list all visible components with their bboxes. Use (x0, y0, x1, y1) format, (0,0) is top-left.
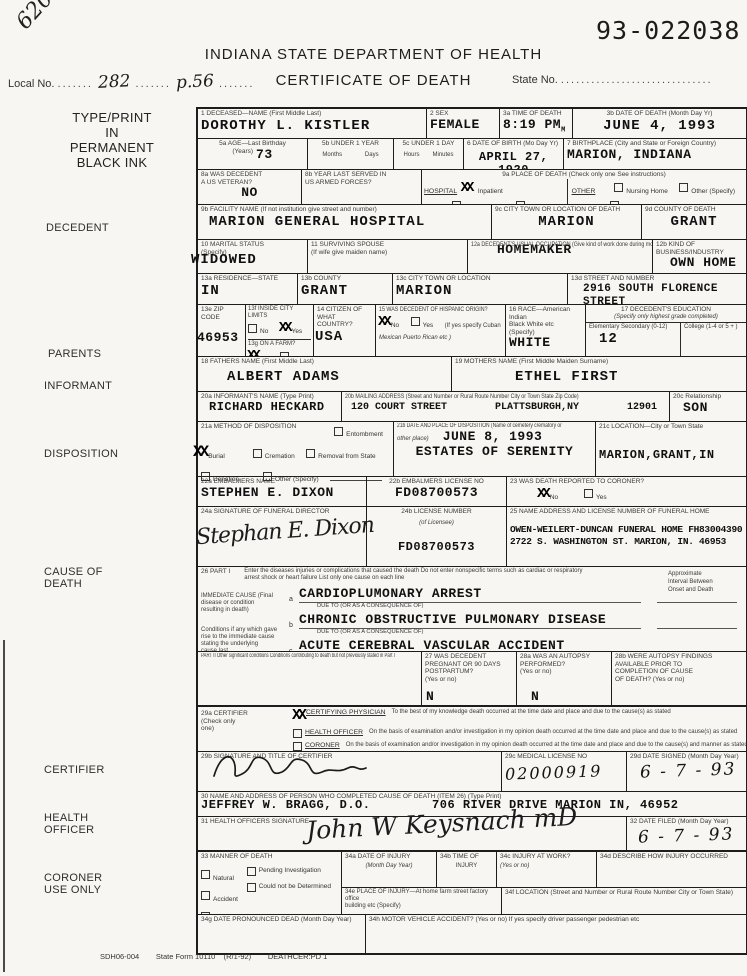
method-of-disposition-label: 21a METHOD OF DISPOSITION (201, 423, 296, 431)
citizenship-label: 14 CITIZEN OF WHAT COUNTRY? (317, 306, 372, 329)
mailing-address-label: 20b MAILING ADDRESS (Street and Number o… (345, 393, 579, 401)
city-of-death-field: 9c CITY TOWN OR LOCATION OF DEATH MARION (492, 205, 642, 239)
date-of-death-value: JUNE 4, 1993 (576, 118, 743, 135)
nursing-home-option: Nursing Home (626, 188, 668, 195)
autopsy-label: 28a WAS AN AUTOPSY PERFORMED? (Yes or no… (520, 653, 608, 676)
hispanic-no-mark: XX (378, 314, 389, 330)
place-of-death-label: 9a PLACE OF DEATH (Check only one See in… (422, 171, 746, 179)
autopsy-findings-label: 28b WERE AUTOPSY FINDINGS AVAILABLE PRIO… (615, 653, 743, 683)
date-of-death-field: 3b DATE OF DEATH (Month Day Yr) JUNE 4, … (573, 109, 746, 138)
city-of-death-value: MARION (495, 214, 638, 231)
manner-of-death-label: 33 MANNER OF DEATH (201, 853, 338, 861)
cremation-option: Cremation (265, 453, 295, 460)
form-row: 1 DECEASED—NAME (First Middle Last) DORO… (198, 109, 746, 139)
injury-location-field: 34f LOCATION (Street and Number or Rural… (502, 888, 746, 914)
autopsy-field: 28a WAS AN AUTOPSY PERFORMED? (Yes or no… (517, 652, 612, 705)
disposition-date-place-label: 21b DATE AND PLACE OF DISPOSITION (Name … (397, 423, 562, 430)
form-number-footer: SDH06-004 State Form 10110 (R/1-92) DEAT… (100, 952, 327, 961)
city-limits-no-option: No (260, 328, 268, 335)
city-limits-yes-option: Yes (292, 328, 303, 335)
date-pronounced-dead-label: 34g DATE PRONOUNCED DEAD (Month Day Year… (201, 916, 362, 924)
interval-blank-a (657, 602, 737, 603)
health-officer-signature-field: 31 HEALTH OFFICERS SIGNATURE John W Keys… (198, 817, 627, 850)
medical-license-value: 02000919 (505, 761, 603, 783)
nursing-home-checkbox[interactable] (614, 183, 623, 192)
part2-label: PART II Other significant conditions Con… (201, 653, 395, 660)
manner-of-death-field: 33 MANNER OF DEATH Natural Accident Suic… (198, 852, 342, 914)
margin-label-parents: PARENTS (48, 348, 101, 360)
birthplace-field: 7 BIRTHPLACE (City and State or Foreign … (564, 139, 746, 169)
margin-label-type-print: TYPE/PRINT IN PERMANENT BLACK INK (36, 110, 188, 170)
local-no-value: 282 (98, 71, 131, 93)
informant-name-value: RICHARD HECKARD (209, 401, 338, 414)
margin-label-disposition: DISPOSITION (44, 448, 118, 460)
inpatient-option: Inpatient (478, 188, 503, 195)
funeral-home-name-value: OWEN-WEILERT-DUNCAN FUNERAL HOME FH83004… (510, 524, 743, 536)
inpatient-check-mark: XX (461, 180, 472, 196)
disposition-location-label: 21c LOCATION—City or Town State (599, 423, 743, 431)
fathers-name-field: 18 FATHERS NAME (First Middle Last) ALBE… (198, 357, 452, 391)
street-number-label: 13d STREET AND NUMBER (571, 275, 743, 283)
funeral-home-label: 25 NAME ADDRESS AND LICENSE NUMBER OF FU… (510, 508, 743, 516)
form-row: 29b SIGNATURE AND TITLE OF CERTIFIER 29c… (198, 752, 746, 792)
state-no-dot-leader: .............................. (561, 74, 713, 86)
injury-at-work-field: 34c INJURY AT WORK? (Yes or no) (497, 852, 597, 887)
under-1-day-label: 5c UNDER 1 DAY (397, 140, 460, 148)
business-industry-label: 12b KIND OF BUSINESS/INDUSTRY (656, 241, 743, 256)
accident-checkbox[interactable] (201, 891, 210, 900)
education-sublabel: (Specify only highest grade completed) (586, 314, 746, 321)
county-of-death-field: 9d COUNTY OF DEATH GRANT (642, 205, 746, 239)
date-signed-value: 6 - 7 - 93 (640, 759, 737, 782)
embalmer-name-value: STEPHEN E. DIXON (201, 486, 363, 499)
residence-county-label: 13b COUNTY (301, 275, 389, 283)
hispanic-note: (If yes specify Cuban (445, 323, 501, 329)
hospital-group: HOSPITAL XX Inpatient ER/Outpatient DOA (422, 179, 567, 205)
date-of-birth-value: APRIL 27, 1920 (467, 151, 560, 170)
residence-state-label: 13a RESIDENCE—STATE (201, 275, 294, 283)
time-of-death-field: 3a TIME OF DEATH 8:19 PMM (500, 109, 573, 138)
form-row: 33 MANNER OF DEATH Natural Accident Suic… (198, 852, 746, 915)
date-of-birth-field: 6 DATE OF BIRTH (Mo Day Yr) APRIL 27, 19… (464, 139, 564, 169)
cause-line-c: c ACUTE CEREBRAL VASCULAR ACCIDENT (289, 636, 743, 651)
certifying-physician-row: XX CERTIFYING PHYSICIAN To the best of m… (293, 709, 746, 726)
embalmer-license-field: 22b EMBALMERS LICENSE NO FD08700573 (367, 477, 507, 506)
veteran-value: NO (201, 186, 298, 199)
other-specify-checkbox[interactable] (679, 183, 688, 192)
coroner-yes-option: Yes (596, 494, 607, 501)
form-row: 31 HEALTH OFFICERS SIGNATURE John W Keys… (198, 817, 746, 852)
fathers-name-value: ALBERT ADAMS (227, 369, 448, 386)
age-sublabel: (Years) (232, 148, 253, 156)
health-officer-text: On the basis of examination and/or inves… (369, 729, 737, 735)
page-title: INDIANA STATE DEPARTMENT OF HEALTH (0, 46, 747, 63)
race-value: WHITE (509, 336, 582, 349)
burial-option: Burial (208, 453, 225, 460)
hispanic-note-2: Mexican Puerto Rican etc ) (379, 335, 502, 342)
under-1-day-field: 5c UNDER 1 DAY Hours Minutes (394, 139, 464, 169)
local-no-value-2: p.56 (176, 71, 215, 93)
elementary-secondary-label: Elementary Secondary (0-12) (589, 324, 677, 331)
form-row: 34g DATE PRONOUNCED DEAD (Month Day Year… (198, 915, 746, 953)
immediate-cause-note: IMMEDIATE CAUSE (Final disease or condit… (201, 593, 287, 614)
health-officer-name: HEALTH OFFICER (305, 729, 363, 736)
injury-location-label: 34f LOCATION (Street and Number or Rural… (505, 889, 743, 897)
city-limits-no-checkbox[interactable] (248, 324, 257, 333)
deceased-name-label: 1 DECEASED—NAME (First Middle Last) (201, 110, 423, 118)
date-of-injury-field: 34a DATE OF INJURY (Month Day Year) (342, 852, 437, 887)
hispanic-origin-field: 15 WAS DECEDENT OF HISPANIC ORIGIN? XXNo… (376, 305, 506, 356)
pregnant-label: 27 WAS DECEDENT PREGNANT OR 90 DAYS POST… (425, 653, 513, 683)
days-label: Days (365, 152, 379, 159)
inside-city-limits-group: 13f INSIDE CITY LIMITS No XXYes (248, 306, 311, 338)
date-of-injury-sublabel: (Month Day Year) (345, 863, 433, 870)
cause-letter-a: a (289, 596, 299, 603)
race-field: 16 RACE—American Indian Black White etc … (506, 305, 586, 356)
doa-checkbox[interactable] (516, 201, 525, 204)
age-value: 73 (256, 148, 273, 161)
hispanic-yes-checkbox[interactable] (411, 317, 420, 326)
citizenship-value: USA (315, 329, 372, 346)
corner-handwriting: 620 (12, 0, 59, 34)
certificate-stamp-number: 93-022038 (596, 16, 740, 45)
under-1-year-field: 5b UNDER 1 YEAR Months Days (308, 139, 394, 169)
date-signed-field: 29d DATE SIGNED (Month Day Year) 6 - 7 -… (627, 752, 746, 791)
zip-code-value: 46953 (197, 331, 242, 344)
race-label: 16 RACE—American Indian Black White etc … (509, 306, 582, 336)
certifier-signature-glyph (206, 748, 376, 784)
relationship-value: SON (683, 401, 743, 414)
birthplace-value: MARION, INDIANA (567, 148, 743, 161)
form-row: 22a EMBALMERS NAME STEPHEN E. DIXON 22b … (198, 477, 746, 507)
form-row: 21a METHOD OF DISPOSITION Entombment XXB… (198, 422, 746, 477)
method-of-disposition-field: 21a METHOD OF DISPOSITION Entombment XXB… (198, 422, 394, 476)
margin-label-decedent: DECEDENT (46, 222, 109, 234)
time-of-death-value: 8:19 PMM (503, 118, 569, 138)
sex-value: FEMALE (430, 118, 496, 131)
interval-blank-b (657, 628, 737, 629)
residence-city-field: 13c CITY TOWN OR LOCATION MARION (393, 274, 568, 304)
burial-mark: XX (193, 443, 206, 461)
disposition-location-field: 21c LOCATION—City or Town State MARION,G… (596, 422, 746, 476)
occupation-field: 12a DECEDENT'S USUAL OCCUPATION (Give ki… (468, 240, 653, 273)
education-label: 17 DECEDENT'S EDUCATION (586, 306, 746, 314)
form-row: 5a AGE—Last Birthday (Years) 73 5b UNDER… (198, 139, 746, 170)
form-row: 13e ZIP CODE 46953 13f INSIDE CITY LIMIT… (198, 305, 746, 357)
form-row: 13a RESIDENCE—STATE IN 13b COUNTY GRANT … (198, 274, 746, 305)
marital-status-field: 10 MARITAL STATUS (Specify) WIDOWED (198, 240, 308, 273)
natural-option: Natural (213, 875, 234, 882)
hispanic-no-option: No (391, 322, 399, 329)
margin-label-certifier: CERTIFIER (44, 764, 105, 776)
pregnant-value: N (426, 690, 434, 703)
other-group: OTHER Nursing Home Other (Specify) Resid… (567, 179, 746, 205)
er-outpatient-checkbox[interactable] (452, 201, 461, 204)
scan-edge-artifact (3, 640, 5, 972)
time-of-injury-label: 34b TIME OF (440, 853, 493, 861)
cause-c-value: ACUTE CEREBRAL VASCULAR ACCIDENT (299, 638, 565, 651)
cause-a-value: CARDIOPLUMONARY ARREST (299, 586, 482, 601)
hospital-group-label: HOSPITAL (424, 188, 457, 195)
residence-county-field: 13b COUNTY GRANT (298, 274, 393, 304)
dot-leader: ....... (58, 78, 93, 90)
embalmer-license-value: FD08700573 (370, 486, 503, 499)
place-of-injury-field: 34e PLACE OF INJURY—At home farm street … (342, 888, 502, 914)
health-officer-checkbox[interactable] (293, 729, 302, 738)
motor-vehicle-accident-label: 34h MOTOR VEHICLE ACCIDENT? (Yes or no) … (369, 916, 743, 924)
age-label: 5a AGE—Last Birthday (201, 140, 304, 148)
natural-checkbox[interactable] (201, 870, 210, 879)
zip-code-label: 13e ZIP CODE (201, 306, 242, 321)
injury-at-work-label: 34c INJURY AT WORK? (500, 853, 593, 861)
farm-yes-checkbox[interactable] (280, 352, 289, 356)
date-of-death-label: 3b DATE OF DEATH (Month Day Yr) (576, 110, 743, 118)
part1-instructions: Enter the diseases injuries or complicat… (244, 568, 582, 582)
hispanic-yes-option: Yes (423, 322, 434, 329)
funeral-director-signature-field: 24a SIGNATURE OF FUNERAL DIRECTOR Stepha… (198, 507, 367, 566)
residence-county-value: GRANT (301, 283, 389, 300)
disposition-date-place-label-2: other place) (397, 436, 429, 443)
facility-name-value: MARION GENERAL HOSPITAL (209, 214, 488, 231)
conditions-note: Conditions if any which gave rise to the… (201, 627, 287, 651)
form-row: 29a CERTIFIER (Check only one) XX CERTIF… (198, 707, 746, 752)
residence-city-value: MARION (396, 283, 564, 300)
months-label: Months (322, 152, 342, 159)
state-no: State No. .............................. (512, 74, 713, 86)
reported-to-coroner-field: 23 WAS DEATH REPORTED TO CORONER? XXNo Y… (507, 477, 746, 506)
date-of-birth-label: 6 DATE OF BIRTH (Mo Day Yr) (467, 140, 560, 148)
cause-letter-c: c (289, 648, 299, 651)
pregnant-field: 27 WAS DECEDENT PREGNANT OR 90 DAYS POST… (422, 652, 517, 705)
form-row: PART II Other significant conditions Con… (198, 652, 746, 707)
autopsy-findings-field: 28b WERE AUTOPSY FINDINGS AVAILABLE PRIO… (612, 652, 746, 705)
death-certificate-page: 620 93-022038 INDIANA STATE DEPARTMENT O… (0, 0, 747, 976)
residence-state-field: 13a RESIDENCE—STATE IN (198, 274, 298, 304)
veteran-field: 8a WAS DECEDENT A US VETERAN? NO (198, 170, 302, 204)
how-injury-occurred-label: 34d DESCRIBE HOW INJURY OCCURRED (600, 853, 743, 861)
date-filed-value: 6 - 7 - 93 (638, 824, 735, 847)
local-no: Local No. ....... 282 ....... p.56 .....… (8, 72, 254, 92)
form-row: 24a SIGNATURE OF FUNERAL DIRECTOR Stepha… (198, 507, 746, 567)
dot-leader: ....... (219, 78, 254, 90)
interval-note: Approximate Interval Between Onset and D… (668, 570, 740, 594)
margin-label-informant: INFORMANT (44, 380, 112, 392)
facility-name-field: 9b FACILITY NAME (If not institution giv… (198, 205, 492, 239)
certifier-type-field: 29a CERTIFIER (Check only one) XX CERTIF… (198, 707, 746, 751)
under-1-year-label: 5b UNDER 1 YEAR (311, 140, 390, 148)
cause-of-death-part1-field: 26 PART I Enter the diseases injuries or… (198, 567, 746, 651)
city-of-death-label: 9c CITY TOWN OR LOCATION OF DEATH (495, 206, 638, 214)
due-to-label-b: DUE TO (OR AS A CONSEQUENCE OF) (317, 629, 743, 636)
embalmer-name-field: 22a EMBALMERS NAME STEPHEN E. DIXON (198, 477, 367, 506)
street-number-value: 2916 SOUTH FLORENCE STREET (583, 283, 743, 305)
date-pronounced-dead-field: 34g DATE PRONOUNCED DEAD (Month Day Year… (198, 915, 366, 953)
margin-label-coroner-use-only: CORONER USE ONLY (44, 872, 102, 896)
form-row: 18 FATHERS NAME (First Middle Last) ALBE… (198, 357, 746, 392)
veteran-label: 8a WAS DECEDENT A US VETERAN? (201, 171, 298, 186)
time-value: 8:19 PM (503, 117, 561, 132)
meridiem-mark: M (561, 126, 566, 134)
fathers-name-label: 18 FATHERS NAME (First Middle Last) (201, 358, 448, 366)
certificate-form: 1 DECEASED—NAME (First Middle Last) DORO… (196, 107, 747, 955)
autopsy-value: N (531, 690, 539, 703)
mothers-name-value: ETHEL FIRST (515, 369, 743, 386)
county-of-death-value: GRANT (645, 214, 743, 231)
deceased-name-field: 1 DECEASED—NAME (First Middle Last) DORO… (198, 109, 427, 138)
city-limits-farm-field: 13f INSIDE CITY LIMITS No XXYes 13g ON A… (246, 305, 314, 356)
relationship-field: 20c Relationship SON (670, 392, 746, 421)
coroner-yes-checkbox[interactable] (584, 489, 593, 498)
city-limits-yes-mark: XX (279, 320, 290, 336)
part1-label: 26 PART I (201, 568, 230, 582)
certifier-signature-field: 29b SIGNATURE AND TITLE OF CERTIFIER (198, 752, 502, 791)
street-number-field: 13d STREET AND NUMBER 2916 SOUTH FLORENC… (568, 274, 746, 304)
disposition-date-place-field: 21b DATE AND PLACE OF DISPOSITION (Name … (394, 422, 596, 476)
pending-option: Pending Investigation (259, 867, 321, 877)
county-of-death-label: 9d COUNTY OF DEATH (645, 206, 743, 214)
other-specify-option: Other (Specify) (691, 188, 735, 195)
funeral-home-field: 25 NAME ADDRESS AND LICENSE NUMBER OF FU… (507, 507, 746, 566)
medical-license-field: 29c MEDICAL LICENSE NO 02000919 (502, 752, 627, 791)
certifying-physician-mark: XX (292, 707, 304, 724)
place-of-injury-label: 34e PLACE OF INJURY—At home farm street … (345, 889, 498, 910)
year-served-label: 8b YEAR LAST SERVED IN US ARMED FORCES? (305, 171, 418, 186)
margin-label-health-officer: HEALTH OFFICER (44, 812, 94, 836)
form-row: 20a INFORMANT'S NAME (Type Print) RICHAR… (198, 392, 746, 422)
form-row: 8a WAS DECEDENT A US VETERAN? NO 8b YEAR… (198, 170, 746, 205)
facility-name-label: 9b FACILITY NAME (If not institution giv… (201, 206, 488, 214)
elementary-secondary-cell: Elementary Secondary (0-12) 12 (586, 323, 681, 357)
form-row: 10 MARITAL STATUS (Specify) WIDOWED 11 S… (198, 240, 746, 274)
dot-leader: ....... (136, 78, 171, 90)
form-row: 26 PART I Enter the diseases injuries or… (198, 567, 746, 652)
certifying-physician-text: To the best of my knowledge death occurr… (392, 709, 671, 715)
college-cell: College (1-4 or 5 + ) (681, 323, 746, 357)
citizenship-field: 14 CITIZEN OF WHAT COUNTRY? USA (314, 305, 376, 356)
cause-line-b: b CHRONIC OBSTRUCTIVE PULMONARY DISEASE (289, 610, 743, 629)
mothers-name-label: 19 MOTHERS NAME (First Middle Maiden Sur… (455, 358, 743, 366)
how-injury-occurred-field: 34d DESCRIBE HOW INJURY OCCURRED (597, 852, 746, 887)
motor-vehicle-accident-field: 34h MOTOR VEHICLE ACCIDENT? (Yes or no) … (366, 915, 746, 953)
coroner-no-option: No (550, 494, 558, 501)
residence-checkbox[interactable] (610, 201, 619, 204)
surviving-spouse-field: 11 SURVIVING SPOUSE (If wife give maiden… (308, 240, 468, 273)
sex-field: 2 SEX FEMALE (427, 109, 500, 138)
on-a-farm-label: 13g ON A FARM? (248, 341, 311, 348)
on-a-farm-group: 13g ON A FARM? XXNo Yes (248, 339, 311, 356)
injury-cells-group: 34a DATE OF INJURY (Month Day Year) 34b … (342, 852, 746, 914)
marital-status-value: WIDOWED (191, 252, 304, 269)
license-number-field: 24b LICENSE NUMBER (of Licensee) FD08700… (367, 507, 507, 566)
disposition-place-value: ESTATES OF SERENITY (397, 445, 592, 458)
mailing-address-field: 20b MAILING ADDRESS (Street and Number o… (342, 392, 670, 421)
mailing-address-value: 120 COURT STREET PLATTSBURGH,NY 12901 (351, 401, 666, 414)
education-field: 17 DECEDENT'S EDUCATION (Specify only hi… (586, 305, 746, 356)
margin-label-cause-of-death: CAUSE OF DEATH (44, 566, 103, 590)
residence-state-value: IN (201, 283, 294, 300)
license-number-sublabel: (of Licensee) (370, 520, 503, 527)
hours-label: Hours (403, 152, 419, 159)
zip-code-field: 13e ZIP CODE 46953 (198, 305, 246, 356)
other-group-label: OTHER (572, 188, 596, 195)
cause-letter-b: b (289, 622, 299, 629)
health-officer-row: HEALTH OFFICER On the basis of examinati… (293, 729, 746, 739)
informant-name-field: 20a INFORMANT'S NAME (Type Print) RICHAR… (198, 392, 342, 421)
entombment-option: Entombment (346, 431, 383, 438)
certifier-type-label: 29a CERTIFIER (Check only one) (201, 708, 293, 750)
suicide-checkbox[interactable] (201, 912, 210, 914)
hispanic-origin-label: 15 WAS DECEDENT OF HISPANIC ORIGIN? (379, 306, 488, 314)
state-no-label: State No. (512, 74, 558, 86)
license-number-label: 24b LICENSE NUMBER (370, 508, 503, 516)
cause-b-value: CHRONIC OBSTRUCTIVE PULMONARY DISEASE (299, 612, 606, 627)
form-row: 9b FACILITY NAME (If not institution giv… (198, 205, 746, 240)
injury-at-work-sublabel: (Yes or no) (500, 863, 593, 870)
business-industry-value: OWN HOME (670, 256, 743, 269)
deceased-name-value: DOROTHY L. KISTLER (201, 118, 423, 135)
minutes-label: Minutes (432, 152, 453, 159)
local-no-label: Local No. (8, 78, 54, 90)
place-of-death-field: 9a PLACE OF DEATH (Check only one See in… (422, 170, 746, 204)
coroner-no-mark: XX (537, 486, 548, 502)
farm-no-mark: XX (247, 348, 258, 356)
time-of-injury-sublabel: INJURY (440, 863, 493, 870)
date-filed-field: 32 DATE FILED (Month Day Year) 6 - 7 - 9… (627, 817, 746, 850)
certifying-physician-name: CERTIFYING PHYSICIAN (306, 709, 386, 716)
year-served-field: 8b YEAR LAST SERVED IN US ARMED FORCES? (302, 170, 422, 204)
part2-field: PART II Other significant conditions Con… (198, 652, 422, 705)
residence-city-label: 13c CITY TOWN OR LOCATION (396, 275, 564, 283)
removal-option: Removal from State (318, 453, 375, 460)
elementary-secondary-value: 12 (599, 331, 677, 348)
funeral-home-address-value: 2722 S. WASHINGTON ST. MARION, IN. 46953 (510, 536, 743, 548)
undetermined-checkbox[interactable] (247, 883, 256, 892)
entombment-checkbox[interactable] (334, 427, 343, 436)
inside-city-limits-label: 13f INSIDE CITY LIMITS (248, 306, 311, 320)
disposition-location-value: MARION,GRANT,IN (599, 449, 743, 462)
disposition-date-value: JUNE 8, 1993 (443, 430, 543, 443)
cremation-checkbox[interactable] (253, 449, 262, 458)
license-number-value: FD08700573 (370, 541, 503, 554)
business-industry-field: 12b KIND OF BUSINESS/INDUSTRY OWN HOME (653, 240, 746, 273)
coroner-text: On the basis of examination and/or inves… (346, 742, 746, 748)
occupation-label: 12a DECEDENT'S USUAL OCCUPATION (Give ki… (471, 241, 653, 249)
date-of-injury-label: 34a DATE OF INJURY (345, 853, 433, 861)
pending-checkbox[interactable] (247, 867, 256, 876)
due-to-label-a: DUE TO (OR AS A CONSEQUENCE OF) (317, 603, 743, 610)
accident-option: Accident (213, 896, 238, 903)
undetermined-option: Could not be Determined (259, 883, 331, 893)
time-of-injury-field: 34b TIME OF INJURY (437, 852, 497, 887)
college-label: College (1-4 or 5 + ) (684, 324, 743, 331)
funeral-director-signature: Stephan E. Dixon (195, 513, 374, 550)
age-field: 5a AGE—Last Birthday (Years) 73 (198, 139, 308, 169)
mothers-name-field: 19 MOTHERS NAME (First Middle Maiden Sur… (452, 357, 746, 391)
medical-license-label: 29c MEDICAL LICENSE NO (505, 753, 623, 761)
reported-to-coroner-label: 23 WAS DEATH REPORTED TO CORONER? (510, 478, 743, 486)
removal-checkbox[interactable] (306, 449, 315, 458)
surviving-spouse-label: 11 SURVIVING SPOUSE (If wife give maiden… (311, 241, 464, 256)
